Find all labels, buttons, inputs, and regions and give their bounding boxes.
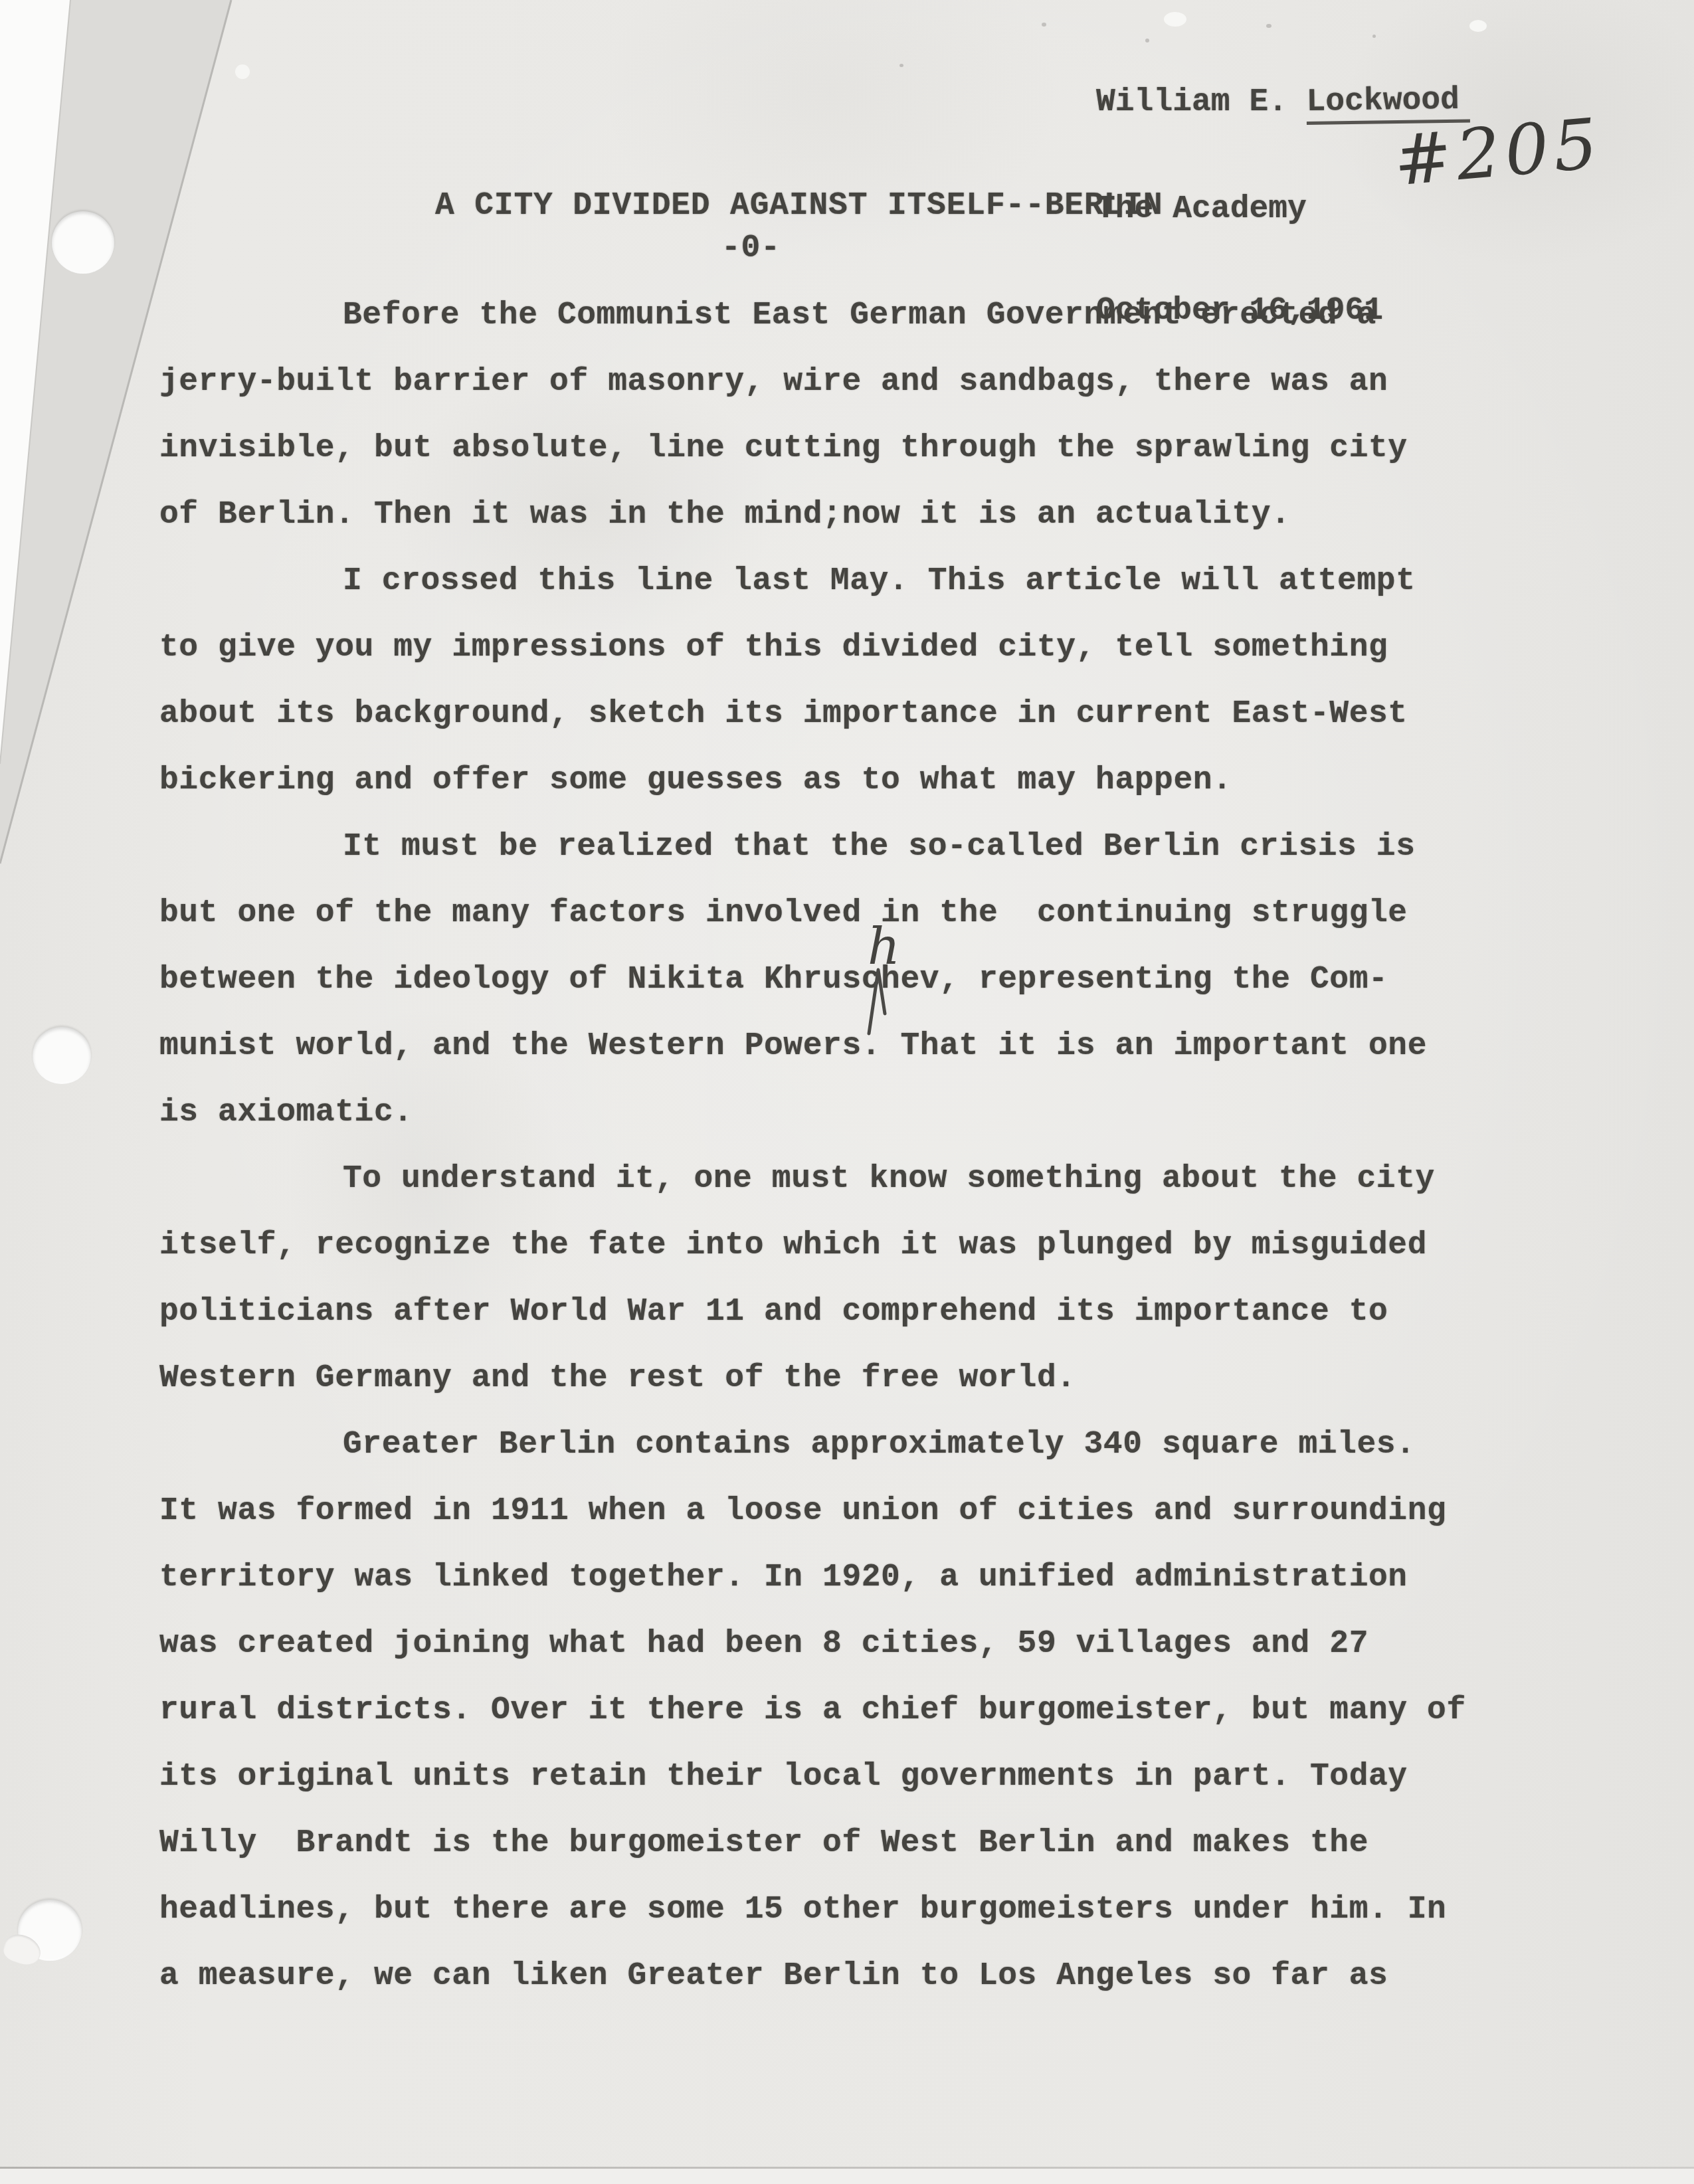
typed-line: about its background, sketch its importa… [159, 681, 1466, 747]
typed-line: headlines, but there are some 15 other b… [159, 1876, 1466, 1943]
punch-hole [52, 211, 114, 274]
typed-line: territory was linked together. In 1920, … [159, 1544, 1466, 1611]
ink-speck [1042, 23, 1046, 27]
document-title: A CITY DIVIDED AGAINST ITSELF--BERLIN [435, 188, 1163, 224]
paper-nick [235, 64, 250, 79]
typed-line: jerry-built barrier of masonry, wire and… [159, 349, 1466, 415]
paper-nick [1469, 20, 1487, 32]
inserted-letter: h [868, 917, 900, 976]
manuscript-number-handwritten: #205 [1390, 103, 1605, 202]
typed-line: bickering and offer some guesses as to w… [159, 747, 1466, 814]
punch-hole [33, 1027, 91, 1084]
typed-line: Before the Communist East German Governm… [159, 282, 1466, 349]
typed-line: It was formed in 1911 when a loose union… [159, 1478, 1466, 1544]
typed-line: itself, recognize the fate into which it… [159, 1212, 1466, 1279]
typed-body: Before the Communist East German Governm… [159, 282, 1466, 2009]
typed-line: Willy Brandt is the burgomeister of West… [159, 1810, 1466, 1876]
typed-line: was created joining what had been 8 citi… [159, 1611, 1466, 1677]
scan-bottom-strip [0, 2169, 1694, 2184]
typed-line: Western Germany and the rest of the free… [159, 1345, 1466, 1411]
typed-line: but one of the many factors involved in … [159, 880, 1466, 947]
ink-speck [899, 64, 903, 67]
handwritten-insertion: h [857, 921, 917, 1040]
title-separator: -0- [721, 230, 781, 266]
typed-line: I crossed this line last May. This artic… [159, 548, 1466, 614]
typed-line: between the ideology of Nikita Khruschev… [159, 947, 1466, 1013]
typed-line: its original units retain their local go… [159, 1744, 1466, 1810]
typed-line: Greater Berlin contains approximately 34… [159, 1411, 1466, 1478]
typed-line: politicians after World War 11 and compr… [159, 1279, 1466, 1345]
typed-line: It must be realized that the so-called B… [159, 814, 1466, 880]
typed-line: munist world, and the Western Powers. Th… [159, 1013, 1466, 1079]
author-first-name: William E. [1096, 84, 1307, 120]
typed-line: invisible, but absolute, line cutting th… [159, 415, 1466, 482]
typed-line: is axiomatic. [159, 1079, 1466, 1146]
document-page: William E. Lockwood The Academy October … [0, 0, 1694, 2184]
typed-line: a measure, we can liken Greater Berlin t… [159, 1943, 1466, 2009]
typed-line: to give you my impressions of this divid… [159, 614, 1466, 681]
typed-line: rural districts. Over it there is a chie… [159, 1677, 1466, 1744]
typed-line: To understand it, one must know somethin… [159, 1146, 1466, 1212]
typed-line: of Berlin. Then it was in the mind;now i… [159, 482, 1466, 548]
